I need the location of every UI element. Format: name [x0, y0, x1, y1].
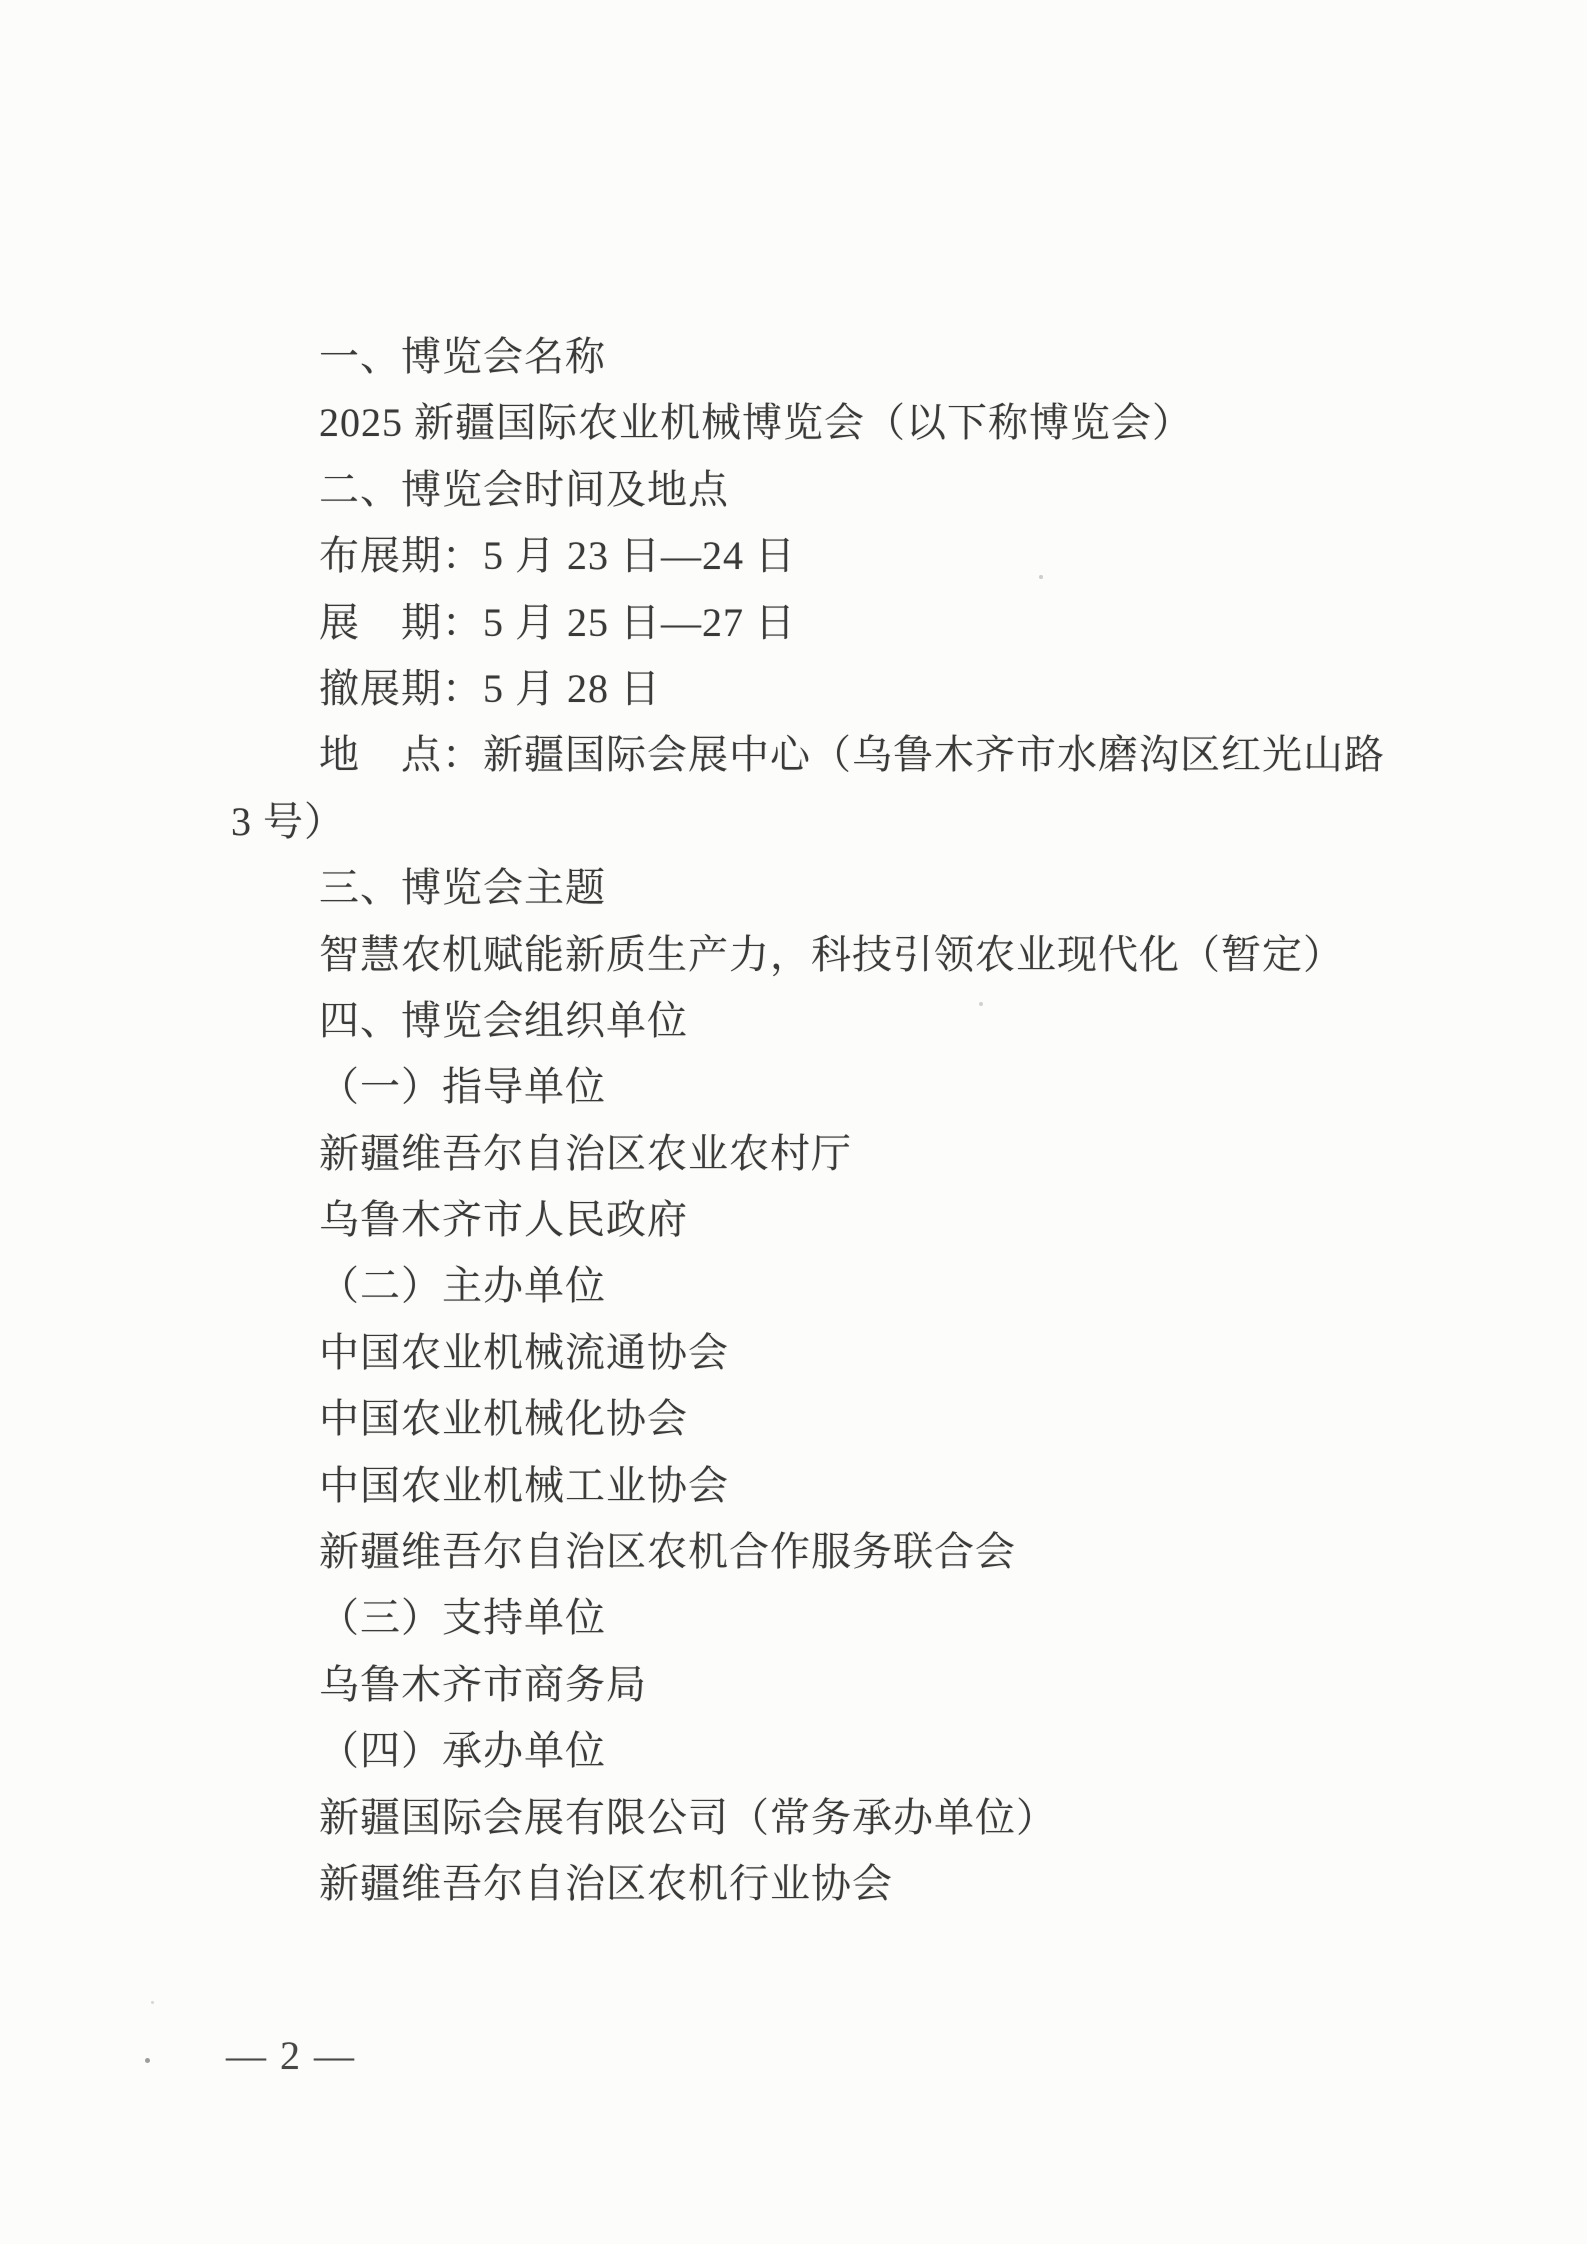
- scan-speck: [145, 2058, 150, 2063]
- text-line: 乌鲁木齐市商务局: [0, 1652, 1587, 1718]
- text-line: 新疆维吾尔自治区农机行业协会: [0, 1851, 1587, 1917]
- scanned-page: 一、博览会名称2025 新疆国际农业机械博览会（以下称博览会）二、博览会时间及地…: [0, 0, 1587, 2244]
- text-line: （三）支持单位: [0, 1585, 1587, 1651]
- text-line: 三、博览会主题: [0, 855, 1587, 921]
- text-line: 中国农业机械化协会: [0, 1386, 1587, 1452]
- text-line: 一、博览会名称: [0, 324, 1587, 390]
- text-line: 智慧农机赋能新质生产力，科技引领农业现代化（暂定）: [0, 922, 1587, 988]
- text-line: 中国农业机械工业协会: [0, 1453, 1587, 1519]
- scan-speck: [979, 1002, 983, 1006]
- text-line: 新疆国际会展有限公司（常务承办单位）: [0, 1785, 1587, 1851]
- text-line: （二）主办单位: [0, 1253, 1587, 1319]
- text-line: 二、博览会时间及地点: [0, 457, 1587, 523]
- text-line: 撤展期：5 月 28 日: [0, 656, 1587, 722]
- text-line: 布展期：5 月 23 日—24 日: [0, 523, 1587, 589]
- text-line: 四、博览会组织单位: [0, 988, 1587, 1054]
- text-line: 乌鲁木齐市人民政府: [0, 1187, 1587, 1253]
- text-line: （一）指导单位: [0, 1054, 1587, 1120]
- text-line: 2025 新疆国际农业机械博览会（以下称博览会）: [0, 390, 1587, 456]
- text-line: （四）承办单位: [0, 1718, 1587, 1784]
- text-line: 地 点：新疆国际会展中心（乌鲁木齐市水磨沟区红光山路: [0, 722, 1587, 788]
- text-line: 3 号）: [0, 789, 1587, 855]
- text-line: 新疆维吾尔自治区农业农村厅: [0, 1121, 1587, 1187]
- scan-speck: [151, 2001, 154, 2004]
- text-line: 新疆维吾尔自治区农机合作服务联合会: [0, 1519, 1587, 1585]
- page-number: — 2 —: [226, 2032, 356, 2080]
- text-line: 展 期：5 月 25 日—27 日: [0, 590, 1587, 656]
- scan-speck: [1039, 575, 1043, 579]
- text-line: 中国农业机械流通协会: [0, 1320, 1587, 1386]
- document-body: 一、博览会名称2025 新疆国际农业机械博览会（以下称博览会）二、博览会时间及地…: [0, 324, 1587, 1917]
